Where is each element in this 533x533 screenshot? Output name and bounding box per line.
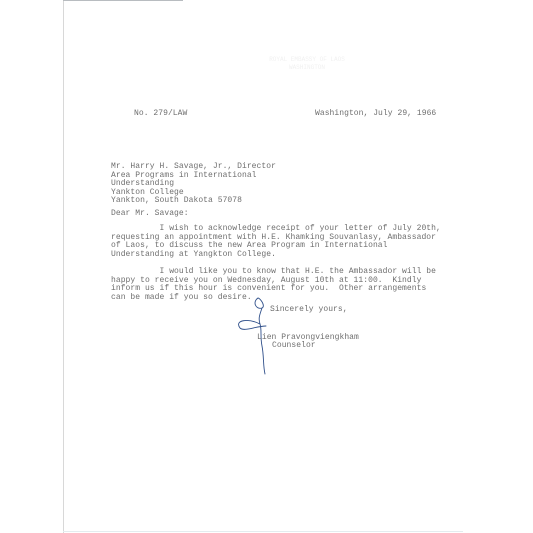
letterhead-line-1: ROYAL EMBASSY OF LAOS (262, 56, 352, 64)
recipient-address: Mr. Harry H. Savage, Jr., DirectorArea P… (111, 163, 276, 206)
page-edge-bottom (63, 531, 463, 532)
reference-number: No. 279/LAW (134, 110, 187, 119)
page-edge (63, 0, 64, 533)
letterhead: ROYAL EMBASSY OF LAOS WASHINGTON (262, 56, 352, 72)
place-date: Washington, July 29, 1966 (315, 110, 436, 119)
address-line: Yankton, South Dakota 57078 (111, 197, 276, 206)
salutation: Dear Mr. Savage: (111, 210, 189, 219)
letterhead-line-2: WASHINGTON (262, 64, 352, 72)
signer-title: Counselor (272, 342, 316, 351)
body-paragraph-1: I wish to acknowledge receipt of your le… (111, 225, 441, 259)
page-edge-top (63, 0, 183, 1)
paragraph-line: Understanding at Yangkton College. (111, 251, 441, 260)
